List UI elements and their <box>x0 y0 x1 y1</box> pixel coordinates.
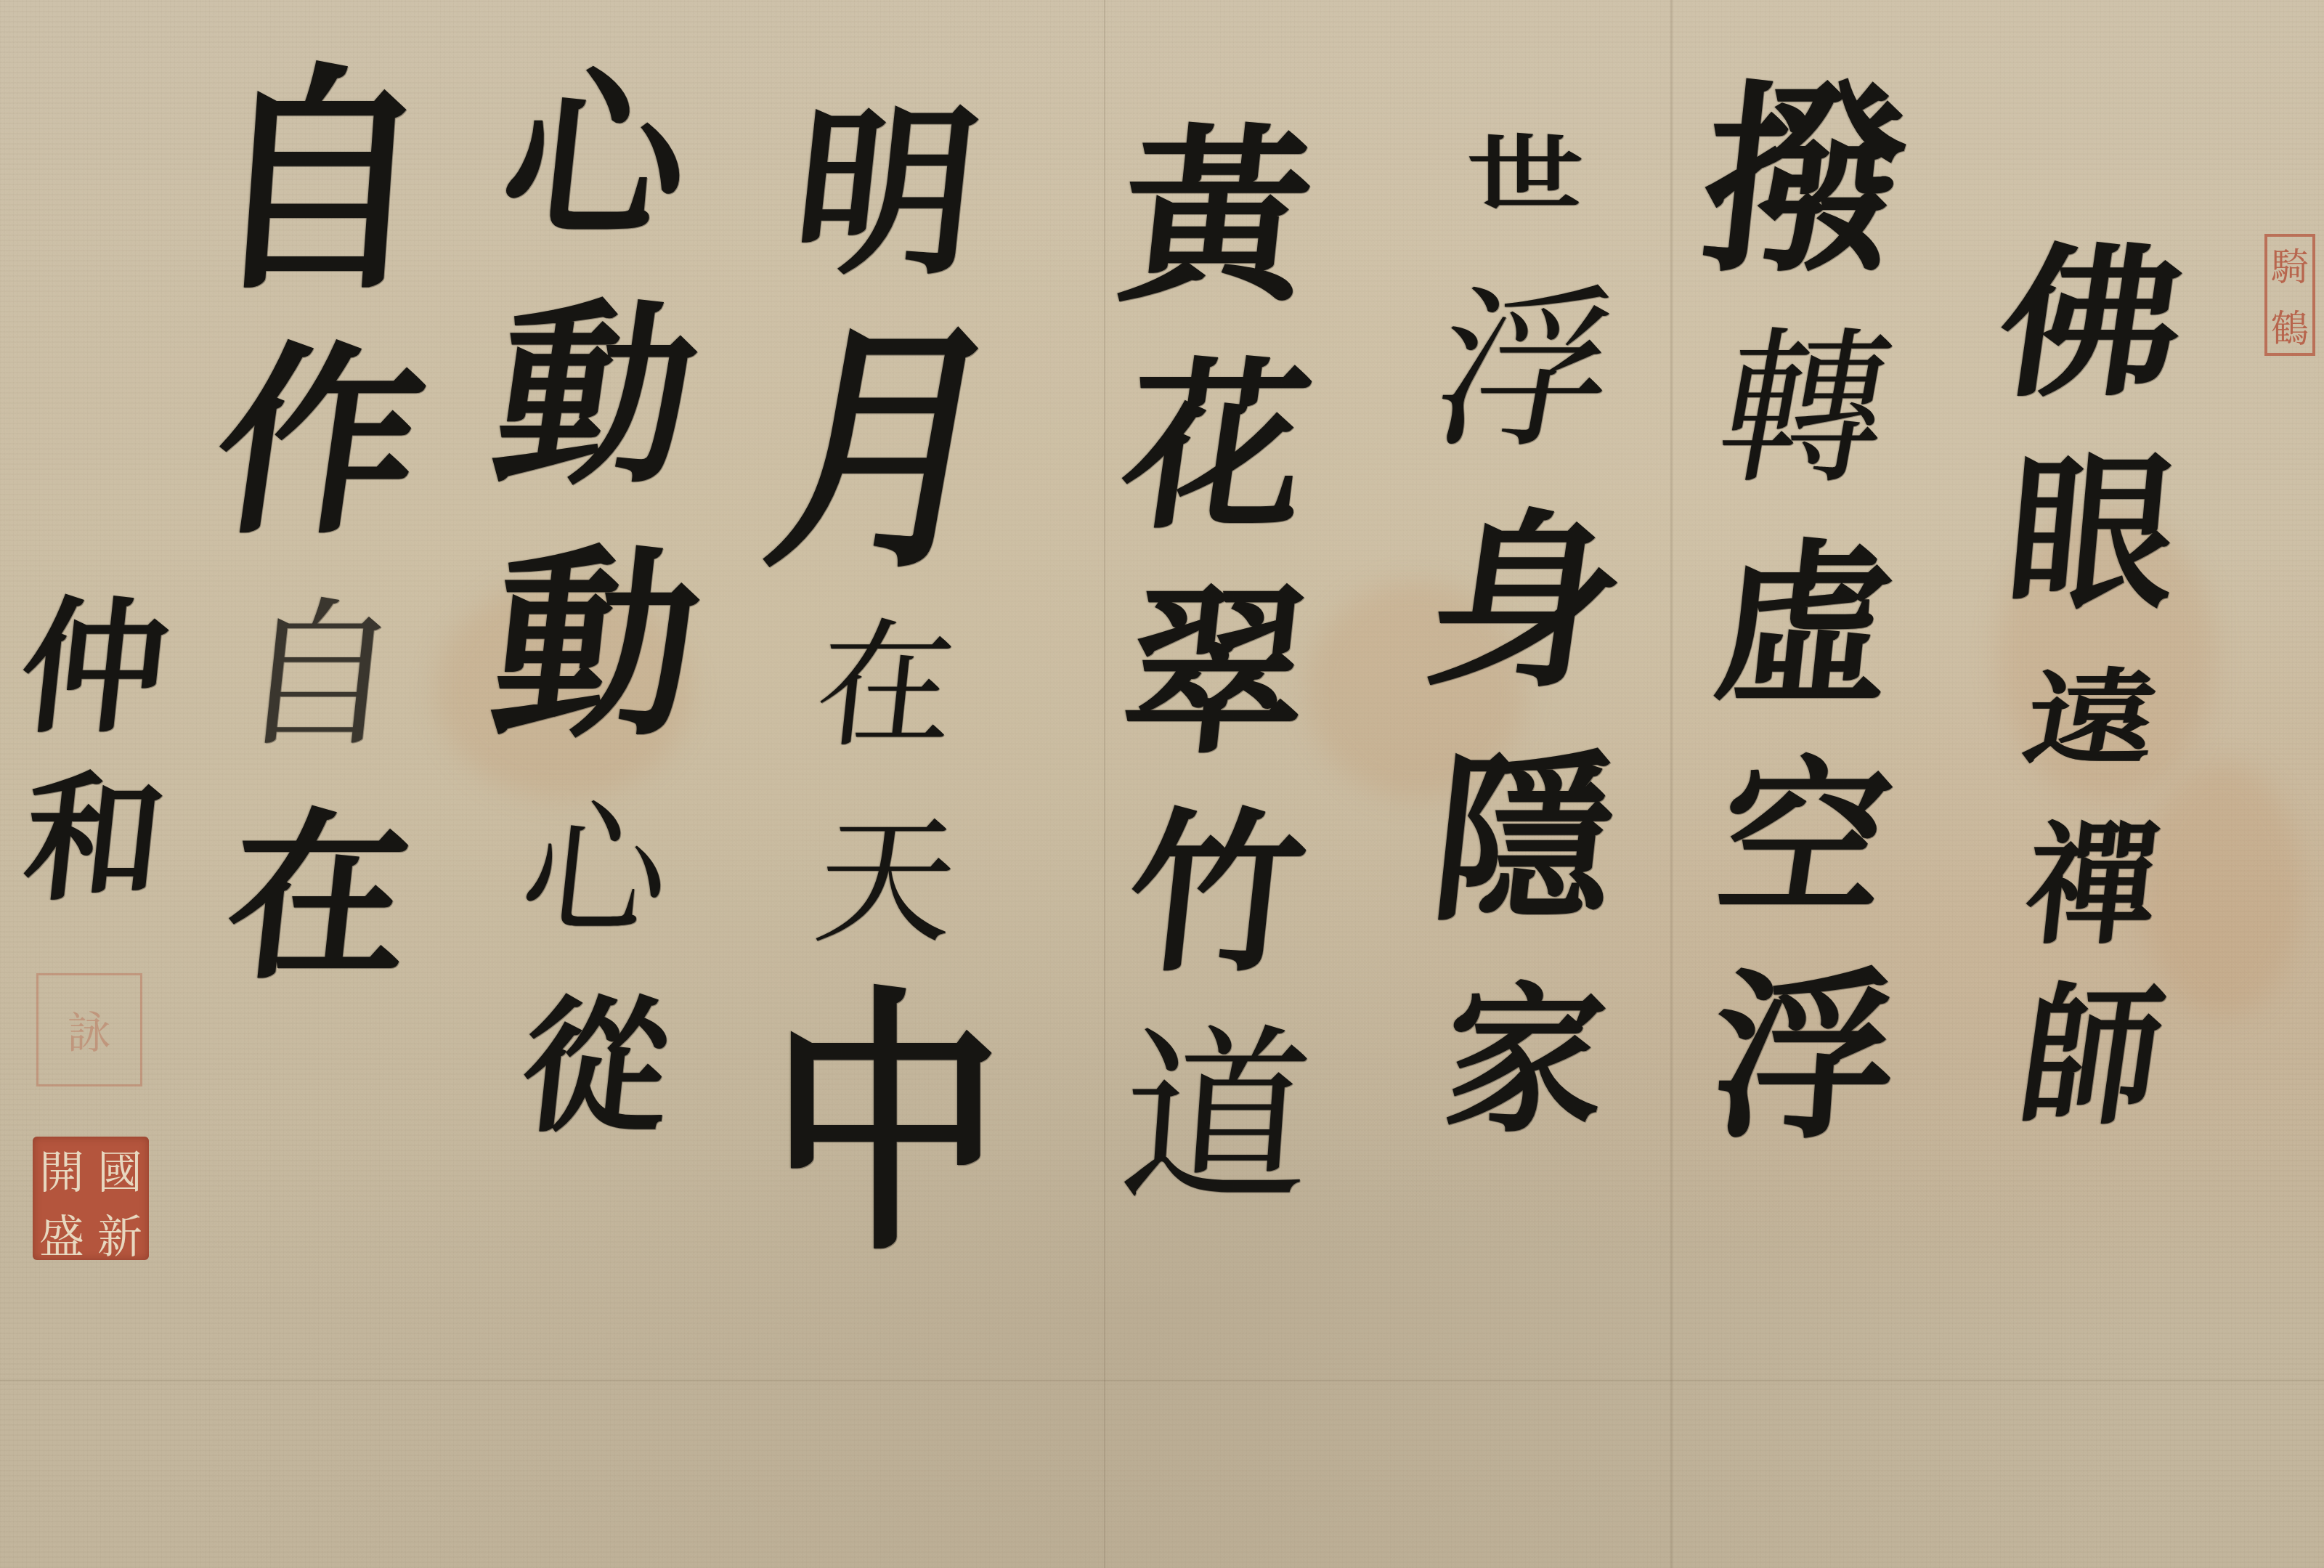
calligraphy-char: 禪 <box>2020 821 2164 951</box>
calligraphy-char: 轉 <box>1707 327 1904 494</box>
calligraphy-char: 黃 <box>1112 123 1320 312</box>
calligraphy-char: 中 <box>770 986 1002 1265</box>
calligraphy-char: 師 <box>2012 981 2171 1133</box>
seal-char: 開 <box>33 1137 91 1201</box>
text-column-1: 佛 眼 遠 禪 師 <box>1975 232 2208 1126</box>
seal-char: 國 <box>91 1137 149 1201</box>
calligraphy-char: 月 <box>754 320 1017 581</box>
paper-crease <box>1670 0 1673 1568</box>
calligraphy-char: 佛 <box>1989 242 2194 405</box>
text-column-2: 撥 轉 虛 空 浮 <box>1685 80 1925 1147</box>
faded-seal: 詠 <box>36 973 142 1086</box>
calligraphy-char: 從 <box>515 995 675 1140</box>
calligraphy-char: 撥 <box>1692 80 1917 283</box>
calligraphy-char: 家 <box>1438 980 1612 1140</box>
paper-crease <box>0 1380 2324 1381</box>
seal-char: 騎 <box>2271 237 2309 291</box>
calligraphy-char: 隱 <box>1425 748 1625 930</box>
seal-char: 詠 <box>68 999 111 1061</box>
calligraphy-char: 遠 <box>2017 667 2166 771</box>
artist-signature: 仲 和 <box>7 596 182 908</box>
calligraphy-char: 心 <box>515 799 675 944</box>
text-column-7: 自 作 自 在 <box>203 73 436 988</box>
seal-char: 鶴 <box>2271 298 2309 353</box>
calligraphy-char: 浮 <box>1423 283 1628 458</box>
text-column-4: 黃 花 翠 竹 道 <box>1097 123 1336 1213</box>
calligraphy-char: 浮 <box>1707 966 1901 1147</box>
calligraphy-char: 動 <box>483 545 707 748</box>
text-column-6: 心 動 動 心 從 <box>479 65 712 1140</box>
calligraphy-char: 自 <box>202 62 436 301</box>
calligraphy-char: 竹 <box>1120 806 1312 980</box>
calligraphy-char: 在 <box>810 617 962 755</box>
collector-seal-top-right: 騎 鶴 <box>2264 234 2315 356</box>
signature-char: 仲 <box>14 596 174 741</box>
calligraphy-char: 翠 <box>1116 581 1317 763</box>
calligraphy-char: 明 <box>786 102 986 283</box>
calligraphy-char: 道 <box>1116 1024 1317 1213</box>
calligraphy-char: 作 <box>203 341 435 545</box>
calligraphy-char: 空 <box>1710 755 1900 922</box>
calligraphy-artwork: 佛 眼 遠 禪 師 撥 轉 虛 空 浮 世 浮 身 隱 家 黃 花 翠 竹 道 … <box>0 0 2324 1568</box>
calligraphy-char: 心 <box>495 65 696 247</box>
seal-char: 盛 <box>33 1201 91 1266</box>
calligraphy-char: 自 <box>231 596 407 755</box>
artist-seal: 開 國 盛 新 <box>33 1137 149 1260</box>
signature-char: 和 <box>18 770 171 908</box>
calligraphy-char: 在 <box>219 806 420 988</box>
calligraphy-char: 世 <box>1467 134 1583 215</box>
text-column-5: 明 月 在 天 中 <box>777 102 995 1242</box>
calligraphy-char: 天 <box>810 813 962 951</box>
calligraphy-char: 眼 <box>2001 450 2182 617</box>
calligraphy-char: 動 <box>484 298 707 494</box>
calligraphy-char: 虛 <box>1708 537 1901 712</box>
calligraphy-char: 花 <box>1113 356 1320 537</box>
seal-char: 新 <box>91 1201 149 1266</box>
calligraphy-char: 身 <box>1418 508 1633 697</box>
text-column-3: 世 浮 身 隱 家 <box>1416 116 1634 1140</box>
